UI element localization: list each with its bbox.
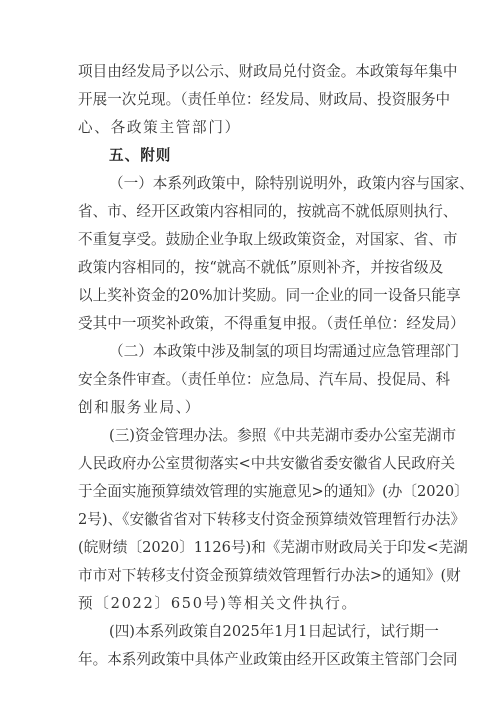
text-line: (三)资金管理办法。参照《中共芜湖市委办公室芜湖市 xyxy=(78,422,424,450)
clause-4: (四)本系列政策自2025年1月1日起试行，试行期一 年。本系列政策中具体产业政… xyxy=(78,618,424,674)
paragraph-continuation: 项目由经发局予以公示、财政局兑付资金。本政策每年集中 开展一次兑现。（责任单位：… xyxy=(78,58,424,142)
text-line: 项目由经发局予以公示、财政局兑付资金。本政策每年集中 xyxy=(78,58,424,86)
text-line: 年。本系列政策中具体产业政策由经开区政策主管部门会同 xyxy=(78,646,424,674)
text-line: （二）本政策中涉及制氢的项目均需通过应急管理部门 xyxy=(78,338,424,366)
text-line: 开展一次兑现。（责任单位：经发局、财政局、投资服务中 xyxy=(78,86,424,114)
text-line: 2号)、《安徽省省对下转移支付资金预算绩效管理暂行办法》 xyxy=(78,506,424,534)
clause-3: (三)资金管理办法。参照《中共芜湖市委办公室芜湖市 人民政府办公室贯彻落实<中共… xyxy=(78,422,424,618)
text-line: 心、各政策主管部门） xyxy=(78,114,424,142)
text-line: 省、市、经开区政策内容相同的，按就高不就低原则执行、 xyxy=(78,198,424,226)
text-line: 政策内容相同的，按“就高不就低”原则补齐，并按省级及 xyxy=(78,254,424,282)
text-line: (四)本系列政策自2025年1月1日起试行，试行期一 xyxy=(78,618,424,646)
text-line: (皖财绩〔2020〕1126号)和《芜湖市财政局关于印发<芜湖 xyxy=(78,534,424,562)
text-line: 受其中一项奖补政策，不得重复申报。（责任单位：经发局） xyxy=(78,310,424,338)
section-heading: 五、附则 xyxy=(78,142,424,170)
clause-1: （一）本系列政策中，除特别说明外，政策内容与国家、 省、市、经开区政策内容相同的… xyxy=(78,170,424,338)
text-line: 市市对下转移支付资金预算绩效管理暂行办法>的通知》(财 xyxy=(78,562,424,590)
text-line: 创和服务业局、） xyxy=(78,394,424,422)
text-line: 安全条件审查。（责任单位：应急局、汽车局、投促局、科 xyxy=(78,366,424,394)
document-page: 项目由经发局予以公示、财政局兑付资金。本政策每年集中 开展一次兑现。（责任单位：… xyxy=(78,58,424,674)
text-line: 预〔2022〕650号)等相关文件执行。 xyxy=(78,590,424,618)
text-line: 人民政府办公室贯彻落实<中共安徽省委安徽省人民政府关 xyxy=(78,450,424,478)
text-line: 于全面实施预算绩效管理的实施意见>的通知》(办〔2020〕 xyxy=(78,478,424,506)
clause-2: （二）本政策中涉及制氢的项目均需通过应急管理部门 安全条件审查。（责任单位：应急… xyxy=(78,338,424,422)
text-line: （一）本系列政策中，除特别说明外，政策内容与国家、 xyxy=(78,170,424,198)
text-line: 不重复享受。鼓励企业争取上级政策资金，对国家、省、市 xyxy=(78,226,424,254)
text-line: 以上奖补资金的20%加计奖励。同一企业的同一设备只能享 xyxy=(78,282,424,310)
